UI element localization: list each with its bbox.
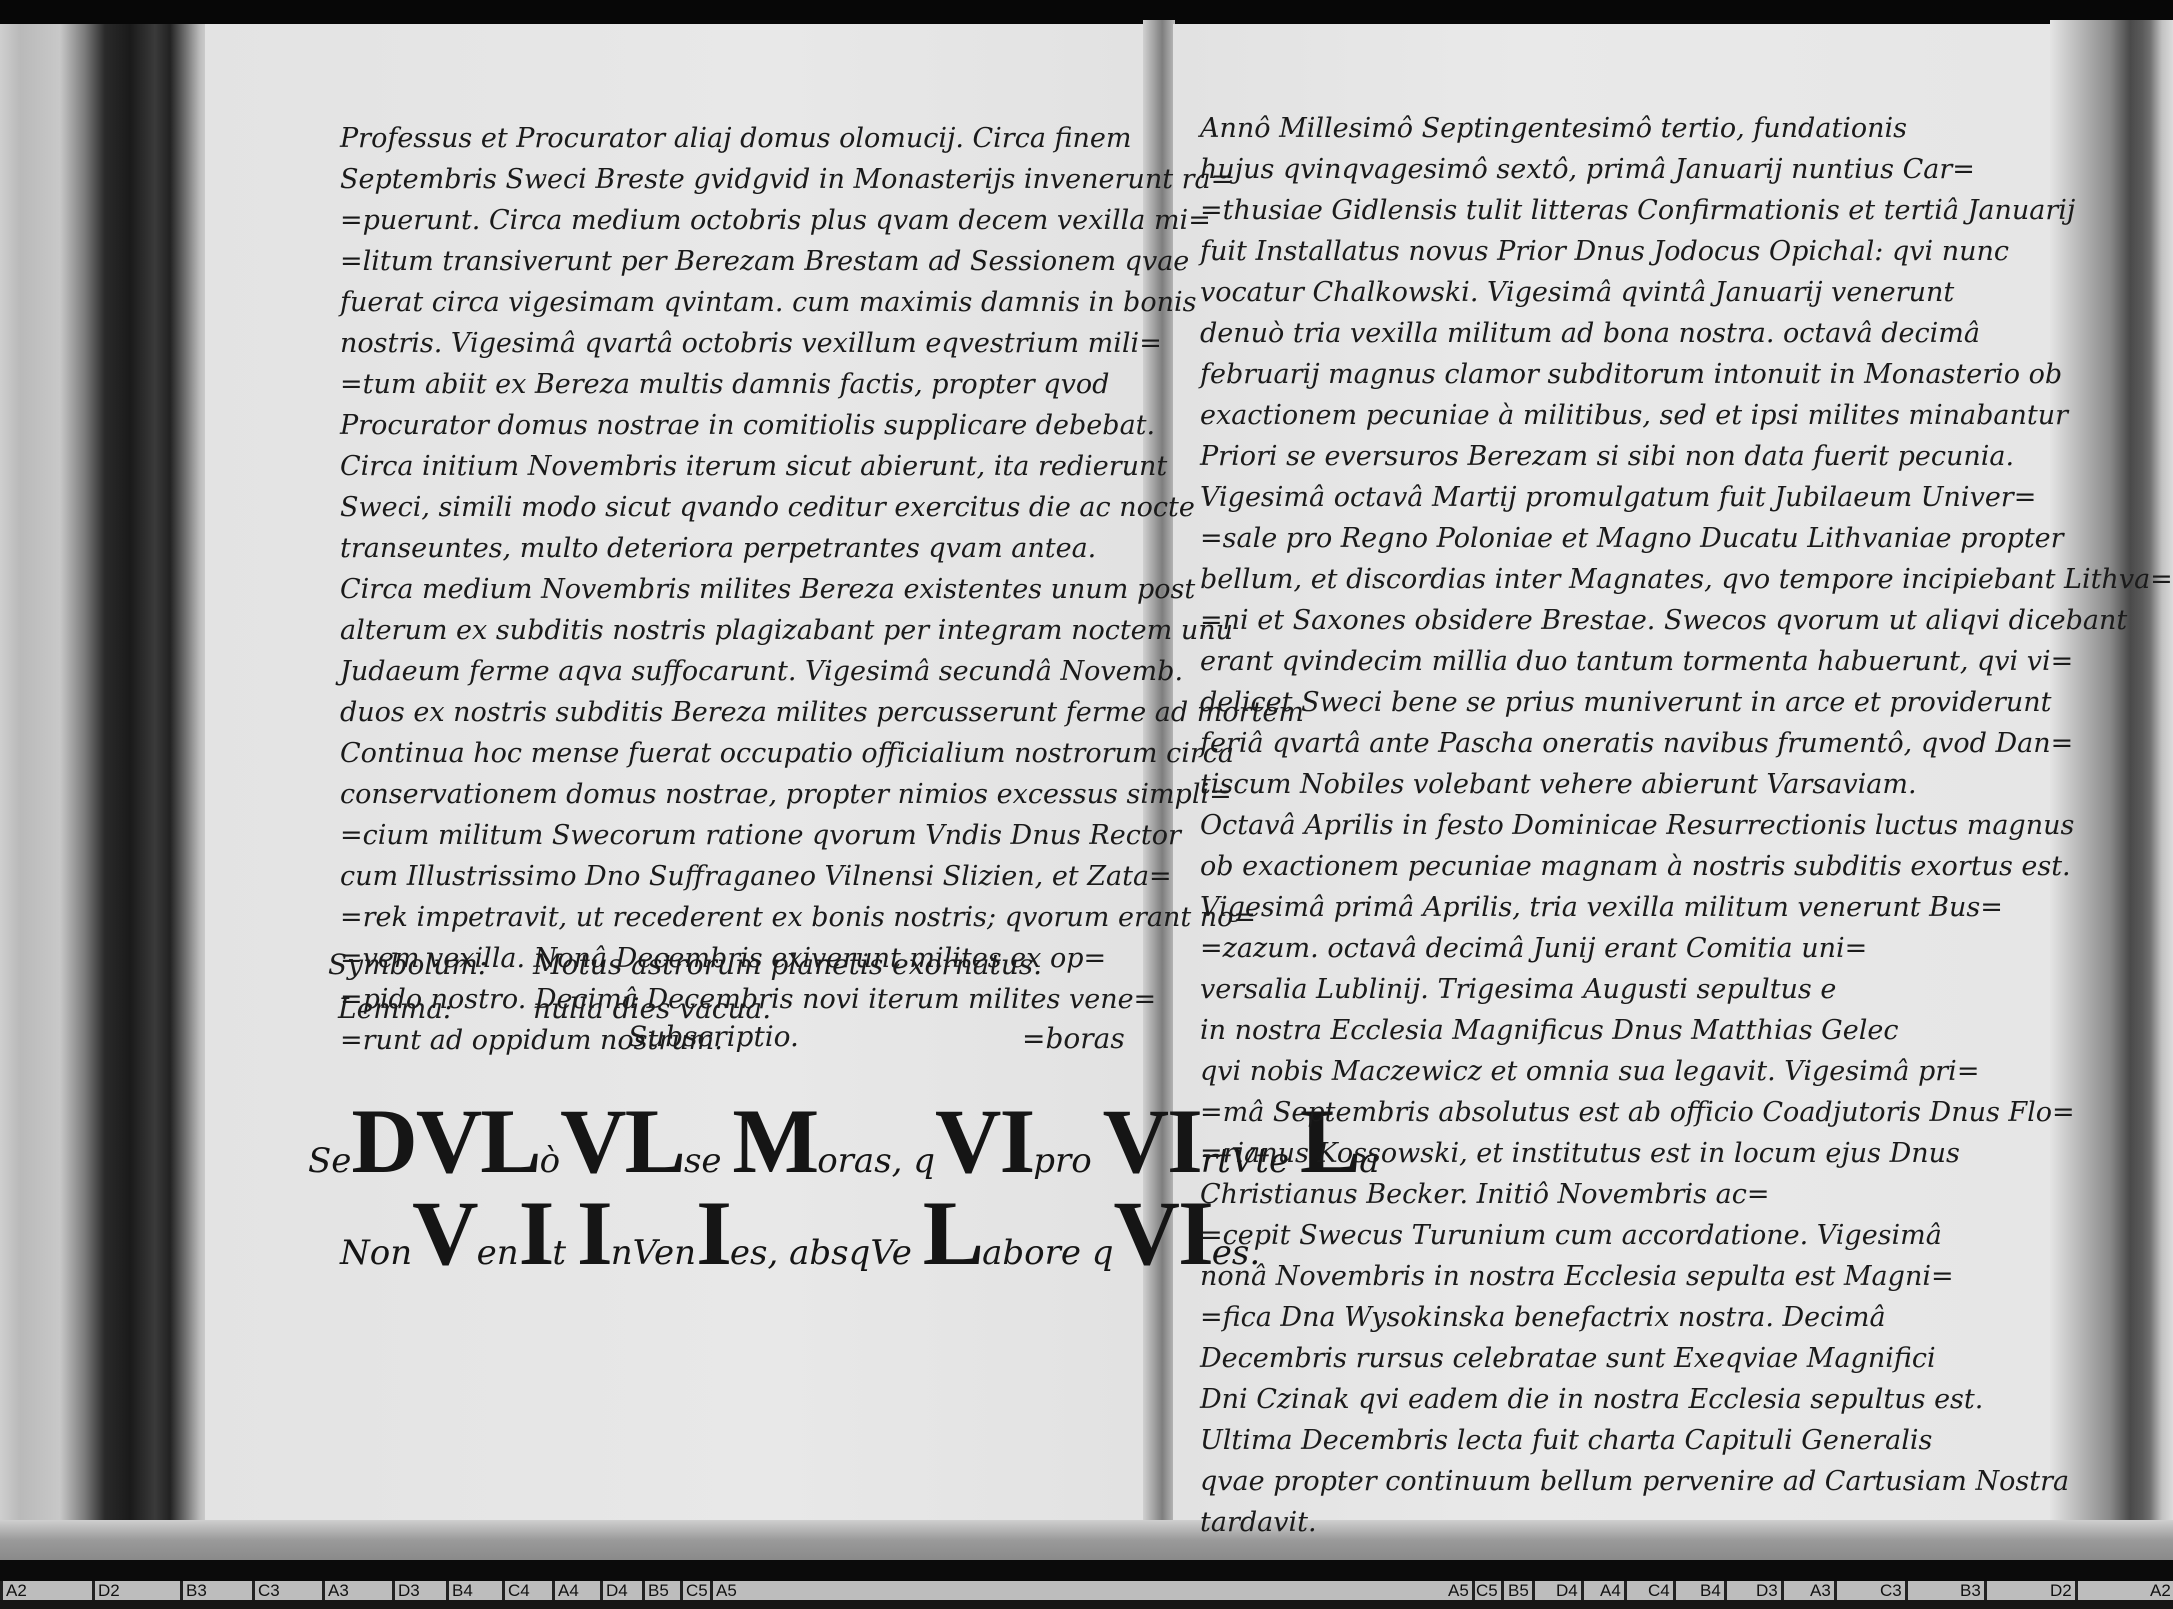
- scan-bottom-border: [0, 1600, 2173, 1609]
- manuscript-line: Sweci, simili modo sicut qvando ceditur …: [340, 487, 1304, 528]
- manuscript-line: in nostra Ecclesia Magnificus Dnus Matth…: [1200, 1010, 2173, 1051]
- manuscript-line: exactionem pecuniae à militibus, sed et …: [1200, 395, 2173, 436]
- calibration-patch-label: C5: [1476, 1581, 1504, 1601]
- manuscript-line: Judaeum ferme aqva suffocarunt. Vigesimâ…: [340, 651, 1304, 692]
- calibration-patch-label: D4: [600, 1581, 628, 1601]
- chronogram-numeral: I: [577, 1182, 611, 1284]
- calibration-patch-label: D4: [1556, 1581, 1584, 1601]
- calibration-patch-label: A2: [0, 1581, 27, 1601]
- manuscript-line: fuit Installatus novus Prior Dnus Jodocu…: [1200, 231, 2173, 272]
- chronogram-letters: abore q: [982, 1233, 1113, 1273]
- calibration-patch-label: B4: [1700, 1581, 1727, 1601]
- calibration-patch-label: B4: [446, 1581, 473, 1601]
- manuscript-line: Octavâ Aprilis in festo Dominicae Resurr…: [1200, 805, 2173, 846]
- calibration-patch-label: B3: [180, 1581, 207, 1601]
- manuscript-line: =cepit Swecus Turunium cum accordatione.…: [1200, 1215, 2173, 1256]
- manuscript-line: bellum, et discordias inter Magnates, qv…: [1200, 559, 2173, 600]
- scan-top-border: [0, 0, 2173, 26]
- calibration-patch-label: B5: [642, 1581, 669, 1601]
- manuscript-line: Septembris Sweci Breste gvidgvid in Mona…: [340, 159, 1304, 200]
- manuscript-line: =litum transiverunt per Berezam Brestam …: [340, 241, 1304, 282]
- manuscript-line: Vigesimâ octavâ Martij promulgatum fuit …: [1200, 477, 2173, 518]
- manuscript-line: Christianus Becker. Initiô Novembris ac=: [1200, 1174, 2173, 1215]
- manuscript-line: Procurator domus nostrae in comitiolis s…: [340, 405, 1304, 446]
- chronogram-numeral: L: [923, 1182, 982, 1284]
- calibration-patch-label: A2: [2150, 1581, 2173, 1601]
- chronogram-letters: es, absqVe: [730, 1233, 923, 1273]
- manuscript-line: Priori se eversuros Berezam si sibi non …: [1200, 436, 2173, 477]
- manuscript-line: vocatur Chalkowski. Vigesimâ qvintâ Janu…: [1200, 272, 2173, 313]
- manuscript-line: duos ex nostris subditis Bereza milites …: [340, 692, 1304, 733]
- manuscript-line: qvi nobis Maczewicz et omnia sua legavit…: [1200, 1051, 2173, 1092]
- manuscript-line: tiscum Nobiles volebant vehere abierunt …: [1200, 764, 2173, 805]
- chronogram-numeral: VL: [560, 1090, 684, 1192]
- calibration-patch-label: A3: [322, 1581, 349, 1601]
- manuscript-line: Vigesimâ primâ Aprilis, tria vexilla mil…: [1200, 887, 2173, 928]
- chronogram-numeral: VI: [1103, 1090, 1201, 1192]
- manuscript-line: fuerat circa vigesimam qvintam. cum maxi…: [340, 282, 1304, 323]
- manuscript-line: =runt ad oppidum nostrum.: [340, 1020, 1304, 1061]
- manuscript-line: ob exactionem pecuniae magnam à nostris …: [1200, 846, 2173, 887]
- manuscript-line: =mâ Septembris absolutus est ab officio …: [1200, 1092, 2173, 1133]
- manuscript-line: =sale pro Regno Poloniae et Magno Ducatu…: [1200, 518, 2173, 559]
- chronogram-letters: pro: [1033, 1141, 1102, 1181]
- calibration-patch-label: C3: [1880, 1581, 1908, 1601]
- lemma-label: Lemma:: [338, 992, 452, 1025]
- manuscript-line: delicet Sweci bene se prius muniverunt i…: [1200, 682, 2173, 723]
- chronogram-letters: Se: [308, 1141, 351, 1181]
- manuscript-line: =fica Dna Wysokinska benefactrix nostra.…: [1200, 1297, 2173, 1338]
- chronogram-letters: nVen: [611, 1233, 696, 1273]
- manuscript-line: =tum abiit ex Bereza multis damnis facti…: [340, 364, 1304, 405]
- chronogram-numeral: DVL: [351, 1090, 539, 1192]
- manuscript-line: Dni Czinak qvi eadem die in nostra Eccle…: [1200, 1379, 2173, 1420]
- manuscript-line: =ni et Saxones obsidere Brestae. Swecos …: [1200, 600, 2173, 641]
- chronogram-line-2: NonVenIt InVenIes, absqVe Labore qVIes.: [340, 1180, 1260, 1286]
- chronogram-numeral: VI: [935, 1090, 1033, 1192]
- calibration-patch-label: B3: [1960, 1581, 1987, 1601]
- manuscript-line: tardavit.: [1200, 1502, 2173, 1543]
- manuscript-line: =puerunt. Circa medium octobris plus qva…: [340, 200, 1304, 241]
- chronogram-numeral: VI: [1114, 1182, 1212, 1284]
- chronogram-letters: ò: [540, 1141, 560, 1181]
- subscriptio: Subscriptio.: [628, 1020, 799, 1053]
- manuscript-line: versalia Lublinij. Trigesima Augusti sep…: [1200, 969, 2173, 1010]
- right-page-text: Annô Millesimô Septingentesimô tertio, f…: [1200, 108, 2173, 1543]
- chronogram-letters: se: [684, 1141, 732, 1181]
- calibration-patch-label: D3: [392, 1581, 420, 1601]
- chronogram-numeral: I: [519, 1182, 553, 1284]
- symbolum-text: Motus astrorum planetis exornatus.: [533, 948, 1042, 981]
- symbolum-label: Symbolum:: [328, 948, 487, 981]
- chronogram-letters: Non: [340, 1233, 412, 1273]
- manuscript-line: erant qvindecim millia duo tantum tormen…: [1200, 641, 2173, 682]
- left-book-edge: [0, 24, 210, 1544]
- manuscript-line: transeuntes, multo deteriora perpetrante…: [340, 528, 1304, 569]
- manuscript-line: alterum ex subditis nostris plagizabant …: [340, 610, 1304, 651]
- manuscript-line: =cium militum Swecorum ratione qvorum Vn…: [340, 815, 1304, 856]
- manuscript-line: qvae propter continuum bellum pervenire …: [1200, 1461, 2173, 1502]
- manuscript-line: =rianus Kossowski, et institutus est in …: [1200, 1133, 2173, 1174]
- manuscript-line: cum Illustrissimo Dno Suffraganeo Vilnen…: [340, 856, 1304, 897]
- manuscript-line: =zazum. octavâ decimâ Junij erant Comiti…: [1200, 928, 2173, 969]
- calibration-patch-label: D3: [1756, 1581, 1784, 1601]
- manuscript-line: Professus et Procurator aliaj domus olom…: [340, 118, 1304, 159]
- manuscript-line: nonâ Novembris in nostra Ecclesia sepult…: [1200, 1256, 2173, 1297]
- chronogram-numeral: M: [732, 1090, 817, 1192]
- manuscript-line: =thusiae Gidlensis tulit litteras Confir…: [1200, 190, 2173, 231]
- calibration-patch-label: D2: [92, 1581, 120, 1601]
- calibration-patch-label: C3: [252, 1581, 280, 1601]
- manuscript-line: =rek impetravit, ut recederent ex bonis …: [340, 897, 1304, 938]
- calibration-patch-label: A5: [1448, 1581, 1475, 1601]
- chronogram-numeral: V: [412, 1182, 476, 1284]
- calibration-patch-label: A4: [1600, 1581, 1627, 1601]
- catchword: =boras: [1022, 1022, 1125, 1055]
- calibration-patch-label: C4: [502, 1581, 530, 1601]
- manuscript-line: nostris. Vigesimâ qvartâ octobris vexill…: [340, 323, 1304, 364]
- chronogram-letters: t: [552, 1233, 576, 1273]
- manuscript-line: =pido nostro. Decimâ Decembris novi iter…: [340, 979, 1304, 1020]
- manuscript-line: conservationem domus nostrae, propter ni…: [340, 774, 1304, 815]
- calibration-patch-label: C5: [680, 1581, 708, 1601]
- manuscript-line: feriâ qvartâ ante Pascha oneratis navibu…: [1200, 723, 2173, 764]
- manuscript-line: Decembris rursus celebratae sunt Exeqvia…: [1200, 1338, 2173, 1379]
- calibration-patch-label: C4: [1648, 1581, 1676, 1601]
- manuscript-line: hujus qvinqvagesimô sextô, primâ Januari…: [1200, 149, 2173, 190]
- manuscript-line: Circa medium Novembris milites Bereza ex…: [340, 569, 1304, 610]
- manuscript-line: februarij magnus clamor subditorum inton…: [1200, 354, 2173, 395]
- chronogram-letters: oras, q: [817, 1141, 935, 1181]
- calibration-patch-label: B5: [1508, 1581, 1535, 1601]
- manuscript-line: denuò tria vexilla militum ad bona nostr…: [1200, 313, 2173, 354]
- left-page-text: Professus et Procurator aliaj domus olom…: [340, 118, 1304, 1061]
- calibration-patch-label: A5: [710, 1581, 737, 1601]
- manuscript-line: Annô Millesimô Septingentesimô tertio, f…: [1200, 108, 2173, 149]
- chronogram-numeral: I: [696, 1182, 730, 1284]
- calibration-patch-label: D2: [2050, 1581, 2078, 1601]
- chronogram-letters: en: [477, 1233, 519, 1273]
- calibration-patch-label: A4: [552, 1581, 579, 1601]
- manuscript-line: Continua hoc mense fuerat occupatio offi…: [340, 733, 1304, 774]
- calibration-patch-label: A3: [1810, 1581, 1837, 1601]
- manuscript-line: Circa initium Novembris iterum sicut abi…: [340, 446, 1304, 487]
- manuscript-line: Ultima Decembris lecta fuit charta Capit…: [1200, 1420, 2173, 1461]
